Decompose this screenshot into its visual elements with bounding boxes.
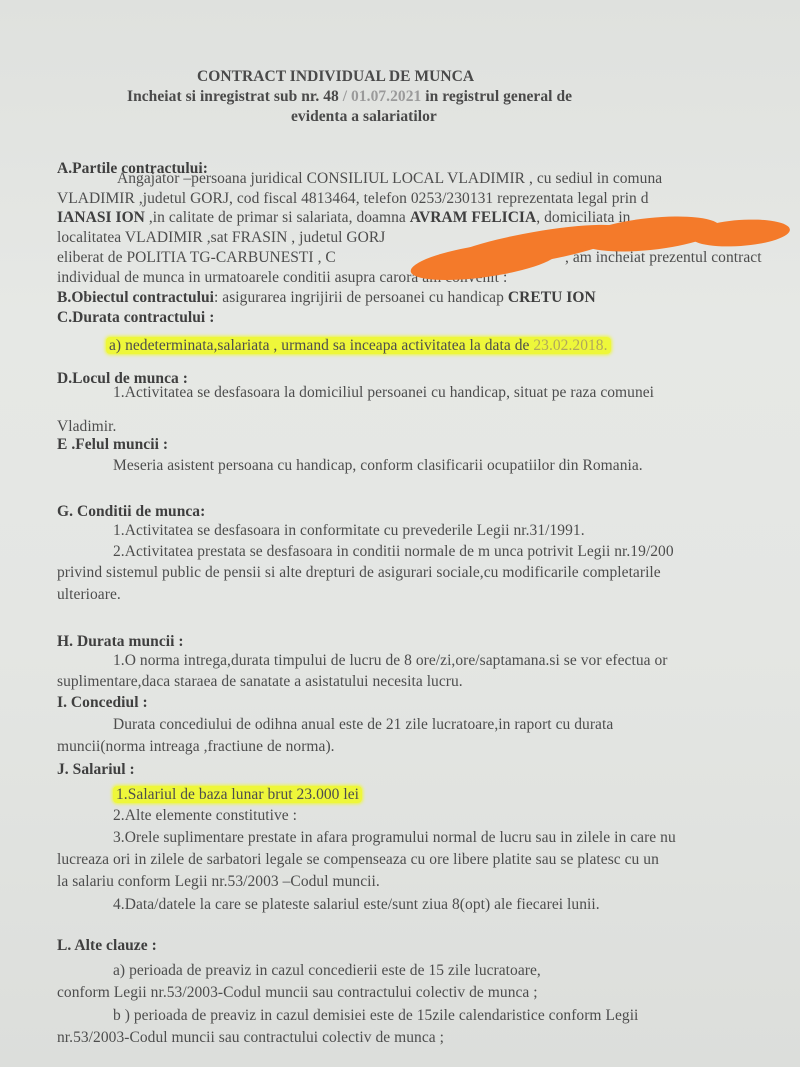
section-j-line-3: 3.Orele suplimentare prestate in afara p… (113, 829, 676, 847)
section-g-line-1: 1.Activitatea se desfasoara in conformit… (113, 522, 585, 540)
section-g-line-3: privind sistemul public de pensii si alt… (57, 564, 661, 582)
section-d-line-2: Vladimir. (57, 418, 116, 436)
section-d-line-1: 1.Activitatea se desfasoara la domiciliu… (113, 384, 654, 402)
section-a-line-3-text: ,in calitate de primar si salariata, doa… (149, 209, 410, 226)
section-j-line-2: 2.Alte elemente constitutive : (113, 807, 297, 825)
section-l-line-3: b ) perioada de preaviz in cazul demisie… (113, 1007, 638, 1025)
section-a-line-5: eliberat de POLITIA TG-CARBUNESTI , C (57, 249, 336, 267)
section-e-text: Meseria asistent persoana cu handicap, c… (113, 457, 643, 475)
contract-duration-highlight: a) nedeterminata,salariata , urmand sa i… (106, 337, 611, 354)
section-c-text: a) nedeterminata,salariata , urmand sa i… (106, 337, 611, 355)
section-a-line-5-tail: , am incheiat prezentul contract (565, 249, 762, 267)
section-b-line: B.Obiectul contractului: asigurarea ingr… (57, 289, 596, 307)
section-g-line-4: ulterioare. (57, 586, 121, 604)
section-b-heading: B.Obiectul contractului (57, 289, 214, 306)
start-date: 23.02.2018. (533, 337, 607, 354)
employee-name: AVRAM FELICIA (410, 209, 537, 226)
section-j-heading: J. Salariul : (57, 761, 135, 779)
section-i-heading: I. Concediul : (57, 694, 148, 712)
section-j-line-6: 4.Data/datele la care se plateste salari… (113, 896, 600, 914)
section-a-line-3: IANASI ION ,in calitate de primar si sal… (57, 209, 630, 227)
section-a-line-4: localitatea VLADIMIR ,sat FRASIN , judet… (57, 229, 385, 247)
cared-person-name: CRETU ION (508, 289, 596, 306)
section-e-heading: E .Felul muncii : (57, 436, 168, 454)
registration-line: Incheiat si inregistrat sub nr. 48 / 01.… (127, 88, 572, 106)
registration-number-date: / 01.07.2021 (339, 88, 421, 105)
registration-prefix: Incheiat si inregistrat sub nr. 48 (127, 88, 339, 105)
registration-suffix: in registrul general de (421, 88, 572, 105)
section-l-line-1: a) perioada de preaviz in cazul concedie… (113, 962, 541, 980)
section-b-text: : asigurarea ingrijirii de persoanei cu … (214, 289, 508, 306)
document-title: CONTRACT INDIVIDUAL DE MUNCA (197, 68, 474, 86)
section-i-line-1: Durata concediului de odihna anual este … (113, 716, 613, 734)
representative-name: IANASI ION (57, 209, 145, 226)
section-h-heading: H. Durata muncii : (57, 633, 184, 651)
contract-page: CONTRACT INDIVIDUAL DE MUNCA Incheiat si… (0, 0, 800, 1067)
section-c-heading: C.Durata contractului : (57, 309, 214, 327)
section-l-heading: L. Alte clauze : (57, 937, 157, 955)
section-i-line-2: muncii(norma intreaga ,fractiune de norm… (57, 738, 335, 756)
section-j-line-5: la salariu conform Legii nr.53/2003 –Cod… (57, 873, 380, 891)
section-g-heading: G. Conditii de munca: (57, 503, 205, 521)
salary-highlight: 1.Salariul de baza lunar brut 23.000 lei (113, 786, 362, 803)
registration-line-2: evidenta a salariatilor (291, 108, 437, 126)
section-l-line-4: nr.53/2003-Codul muncii sau contractului… (57, 1029, 444, 1047)
section-a-line-2: VLADIMIR ,judetul GORJ, cod fiscal 48134… (57, 190, 649, 208)
section-g-line-2: 2.Activitatea prestata se desfasoara in … (113, 543, 674, 561)
contract-duration-text: a) nedeterminata,salariata , urmand sa i… (109, 337, 533, 354)
section-a-line-1: Angajator –persoana juridical CONSILIUL … (117, 170, 662, 188)
section-j-line-4: lucreaza ori in zilele de sarbatori lega… (57, 851, 659, 869)
section-h-line-2: suplimentare,daca staraea de sanatate a … (57, 673, 463, 691)
salary-line: 1.Salariul de baza lunar brut 23.000 lei (113, 786, 362, 804)
section-l-line-2: conform Legii nr.53/2003-Codul muncii sa… (57, 984, 538, 1002)
section-h-line-1: 1.O norma intrega,durata timpului de luc… (113, 652, 668, 670)
